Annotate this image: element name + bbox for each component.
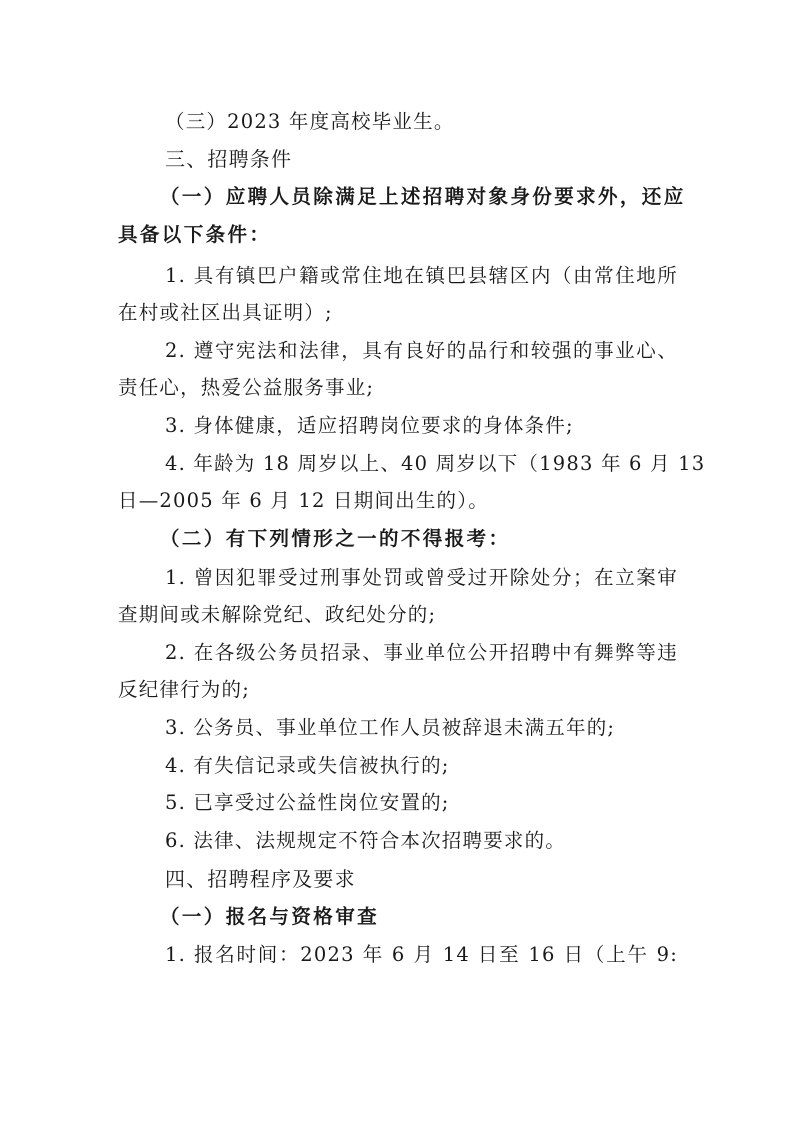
requirement-item-4-cont: 日—2005 年 6 月 12 日期间出生的）。 [118,486,678,516]
disqualification-item-2-cont: 反纪律行为的; [118,675,678,705]
disqualification-item-1-cont: 查期间或未解除党纪、政纪处分的; [118,600,678,630]
requirement-item-3: 3. 身体健康，适应招聘岗位要求的身体条件; [165,411,678,441]
requirement-item-2: 2. 遵守宪法和法律，具有良好的品行和较强的事业心、 [165,336,678,366]
disqualification-item-3: 3. 公务员、事业单位工作人员被辞退未满五年的; [165,713,678,743]
requirement-item-1: 1. 具有镇巴户籍或常住地在镇巴县辖区内（由常住地所 [165,261,678,291]
subsection-heading-registration: （一）报名与资格审查 [160,902,720,932]
section-heading-recruitment-conditions: 三、招聘条件 [165,144,678,174]
disqualification-item-2: 2. 在各级公务员招录、事业单位公开招聘中有舞弊等违 [165,638,678,668]
disqualification-item-1: 1. 曾因犯罪受过刑事处罚或曾受过开除处分；在立案审 [165,563,678,593]
registration-time: 1. 报名时间：2023 年 6 月 14 日至 16 日（上午 9: [165,940,678,970]
section-heading-recruitment-procedure: 四、招聘程序及要求 [165,864,678,894]
paragraph-graduates: （三）2023 年度高校毕业生。 [165,107,678,137]
subsection-heading-requirements-cont: 具备以下条件： [118,220,678,250]
requirement-item-2-cont: 责任心，热爱公益服务事业; [118,373,678,403]
requirement-item-1-cont: 在村或社区出具证明）; [118,298,678,328]
disqualification-item-6: 6. 法律、法规规定不符合本次招聘要求的。 [165,826,678,856]
subsection-heading-requirements: （一）应聘人员除满足上述招聘对象身份要求外，还应 [160,182,678,212]
subsection-heading-disqualifications: （二）有下列情形之一的不得报考： [160,524,720,554]
disqualification-item-4: 4. 有失信记录或失信被执行的; [165,751,678,781]
disqualification-item-5: 5. 已享受过公益性岗位安置的; [165,788,678,818]
document-page: （三）2023 年度高校毕业生。 三、招聘条件 （一）应聘人员除满足上述招聘对象… [0,0,793,1122]
requirement-item-4: 4. 年龄为 18 周岁以上、40 周岁以下（1983 年 6 月 13 [165,449,678,479]
